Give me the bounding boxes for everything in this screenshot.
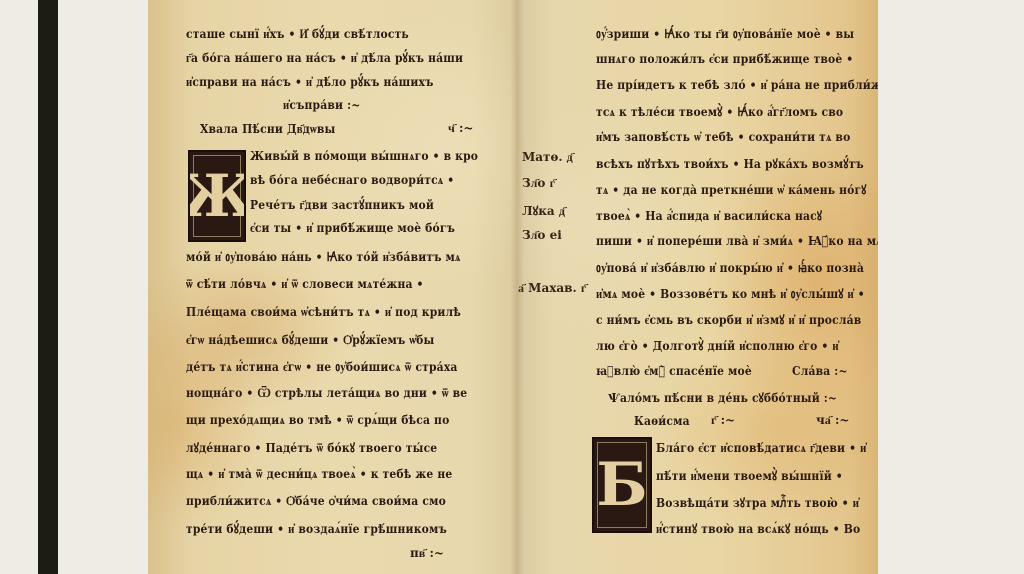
text-line: Бла́го є҆ст и҆сповѣ́датисѧ г҃деви • и҆: [656, 440, 866, 456]
text-line: ꙗ҆влю̀ є҆мꙋ̀ спасе́нїе моѐ: [596, 363, 752, 379]
drop-cap-ornament-border: [193, 155, 241, 237]
margin-note-cross-reference: Матѳ. д҃: [522, 150, 573, 165]
text-line: всѣхъ пꙋтѣхъ твои́хъ • На рꙋка́хъ возмꙋ́…: [596, 155, 864, 172]
text-line: щѧ • и҆ тма̀ ѿ десни́цѧ твоеѧ̀ • к тебѣ …: [186, 466, 452, 482]
margin-note-cross-reference: Зл҃о еі: [522, 228, 562, 243]
text-line: и҆справи на на́съ • и҆ дѣ́ло рꙋ́къ на́ши…: [186, 73, 434, 90]
text-line: Живы́й в по́мощи вы́шнѧго • в кро: [250, 148, 478, 164]
psalm-heading: Хвала Пѣ́сни Дв҃дѡвы: [200, 121, 335, 137]
text-line: Не прі́идетъ к тебѣ зло́ • и҆ ра́на не п…: [596, 77, 878, 93]
psalm-heading: Ѱало́мъ пѣ́сни в де́нь сꙋббо́тный :~: [608, 389, 837, 406]
text-line: ѿ сѣ́ти ло́вчѧ • и҆ ѿ словеси мѧте́жна •: [186, 276, 424, 292]
text-line: мо́й и҆ ᲂу҆пова́ю на́нь • Ꙗ҆ко то́й и҆зб…: [186, 248, 461, 265]
margin-note-cross-reference: Зл҃о г҃: [522, 176, 555, 191]
psalm-number: ч҃ :~: [448, 121, 473, 136]
text-line: и҆́стинꙋ твою̀ на всѧ́кꙋ но́щь • Во: [656, 520, 860, 537]
margin-note-cross-reference: Лꙋка д҃: [522, 202, 565, 219]
slide-side-bar: [38, 0, 58, 574]
margin-note-cross-reference: а҃ Махав. г҃: [518, 281, 586, 296]
ornamental-drop-cap: Б: [592, 437, 652, 533]
drop-cap-ornament-border: [597, 442, 647, 528]
kathisma-heading: Каѳи́сма: [634, 413, 690, 428]
text-line: с ни́мъ є҆смь въ скорби и҆ и҆змꙋ и҆ и҆ п…: [596, 311, 861, 328]
text-line: тѧ • да не когда̀ преткне́ши ѡ҆ ка́мень …: [596, 181, 866, 198]
text-line: и҆мъ заповѣ́сть ѡ҆ тебѣ • сохрани́ти тѧ …: [596, 129, 850, 145]
right-page: ᲂу҆́зриши • Ꙗ҆́ко ты г҃и ᲂу҆пова́нїе моѐ…: [516, 0, 878, 574]
slava-marker: Сла́ва :~: [792, 363, 848, 378]
left-page: сташе сынї и҆́хъ • И҆ бꙋ́ди свѣ́тлость г…: [148, 0, 516, 574]
text-line: г҃а бо́га на́шего на на́съ • и҆ дѣ́ла рꙋ…: [186, 49, 463, 66]
text-line: тре́ти бꙋ́деши • и҆ воздаѧ́нїе грѣ́шнико…: [186, 520, 447, 537]
text-line: щи прехо́дѧщиѧ во тмѣ • ѿ срѧ́щи бѣса по: [186, 412, 449, 428]
text-line: лꙋде́ннаго • Паде́тъ ѿ бо́кꙋ твоего ты́с…: [186, 439, 437, 456]
slide: сташе сынї и҆́хъ • И҆ бꙋ́ди свѣ́тлость г…: [0, 0, 1024, 574]
book-gutter: [510, 0, 524, 574]
text-line: тсѧ к тѣле́си твоемꙋ̀ • Ꙗ҆́ко а҆́гг҃ломъ…: [596, 103, 843, 120]
text-line: Пле́щама свои́ма ѡ҆сѣни́тъ тѧ • и҆ под к…: [186, 304, 461, 320]
text-line: пѣ́ти и҆́мени твоемꙋ̀ вы́шнїй •: [656, 467, 843, 484]
text-line: прибли́житсѧ • Ѻ҆ба́че ѻ҆чи́ма свои́ма с…: [186, 493, 446, 509]
text-line: сташе сынї и҆́хъ • И҆ бꙋ́ди свѣ́тлость: [186, 25, 409, 42]
book-spread: сташе сынї и҆́хъ • И҆ бꙋ́ди свѣ́тлость г…: [148, 0, 878, 574]
text-line: ᲂу҆́зриши • Ꙗ҆́ко ты г҃и ᲂу҆пова́нїе моѐ…: [596, 25, 854, 42]
text-line: и҆съпра́ви :~: [283, 97, 360, 113]
kathisma-number: г҃ :~: [711, 413, 735, 428]
text-line: є҆гѡ на́дѣешисѧ бꙋ́деши • Ѻ҆рꙋ́жїемъ ѡ҆б…: [186, 331, 434, 348]
text-line: Рече́тъ г҃дви застꙋ́пникъ мой: [250, 196, 434, 213]
text-line: є҆си ты • и҆ прибѣ́жище моѐ бо́гъ: [250, 220, 455, 236]
text-line: ᲂу҆пова́ и҆ и҆зба́влю и҆ покры́ю и҆ • ꙗ҆…: [596, 259, 864, 276]
ornamental-drop-cap: Ж: [188, 150, 246, 242]
text-line: де́тъ тѧ и҆́стина є҆гѡ • не ᲂу҆бои́шисѧ …: [186, 358, 458, 375]
text-line: лю є҆го̀ • Долготꙋ̀ дні́й и҆сполню є҆го …: [596, 337, 839, 354]
text-line: шнѧго положи́лъ є҆си прибѣ́жище твоѐ •: [596, 51, 853, 67]
page-number: пв҃ :~: [410, 546, 444, 561]
text-line: нощна́го • Ѿ стрѣлы лета́щиѧ во дни • ѿ …: [186, 385, 467, 401]
psalm-number: ча҃ :~: [816, 413, 849, 428]
text-line: и҆мѧ моѐ • Воззове́тъ ко мнѣ и҆ ᲂу҆слы́ш…: [596, 285, 865, 302]
text-line: пиши • и҆ попере́ши лва̀ и҆ зми́ѧ • Ꙗ҆́к…: [596, 233, 878, 249]
text-line: твоеѧ̀ • На а҆́спида и҆ васили́ска насꙋ: [596, 207, 822, 224]
text-line: Возвѣща́ти зꙋтра млⷭ҇ть твою̀ • и҆: [656, 494, 859, 511]
text-line: вѣ бо́га небе́снаго водвори́тсѧ •: [250, 172, 454, 188]
